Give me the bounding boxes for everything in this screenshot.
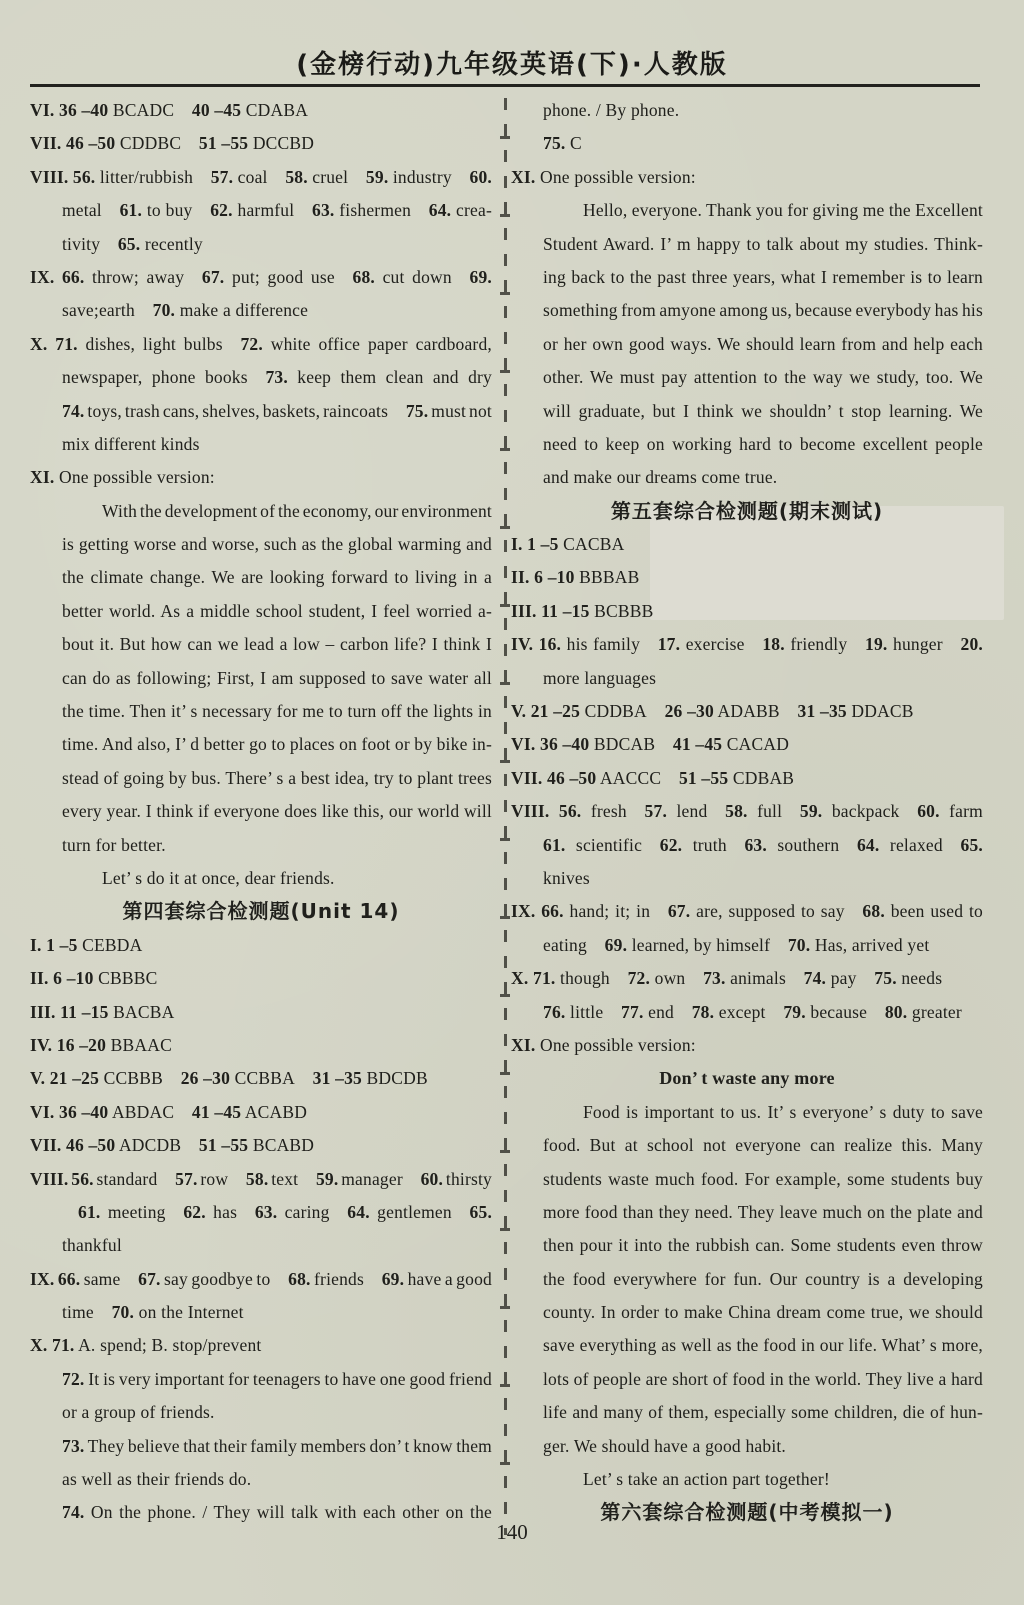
text-line: more languages bbox=[511, 662, 983, 695]
text-line: IV. 16 –20 BBAAC bbox=[30, 1029, 492, 1062]
page-header-title: (金榜行动)九年级英语(下)·人教版 bbox=[0, 44, 1024, 81]
text-line: ing back to the past three years, what I… bbox=[511, 261, 983, 294]
text-line: X. 71. A. spend; B. stop/prevent bbox=[30, 1329, 492, 1362]
text-line: II. 6 –10 CBBBC bbox=[30, 962, 492, 995]
text-line: XI. One possible version: bbox=[511, 1029, 983, 1062]
text-line: XI. One possible version: bbox=[30, 461, 492, 494]
section-heading: Don’ t waste any more bbox=[511, 1062, 983, 1095]
text-line: food. But at school not everyone can rea… bbox=[511, 1129, 983, 1162]
text-line: as well as their friends do. bbox=[30, 1463, 492, 1496]
text-line: XI. One possible version: bbox=[511, 161, 983, 194]
text-line: Student Award. I’ m happy to talk about … bbox=[511, 228, 983, 261]
text-line: 75. C bbox=[511, 127, 983, 160]
text-line: With the development of the economy, our… bbox=[30, 495, 492, 528]
text-line: need to keep on working hard to become e… bbox=[511, 428, 983, 461]
text-line: lots of people are short of food in the … bbox=[511, 1363, 983, 1396]
text-line: IX. 66. same 67. say goodbye to 68. frie… bbox=[30, 1263, 492, 1296]
text-line: the food everywhere for fun. Our country… bbox=[511, 1263, 983, 1296]
text-line: turn for better. bbox=[30, 829, 492, 862]
text-line: then pour it into the rubbish can. Some … bbox=[511, 1229, 983, 1262]
text-line: IV. 16. his family 17. exercise 18. frie… bbox=[511, 628, 983, 661]
text-line: metal 61. to buy 62. harmful 63. fisherm… bbox=[30, 194, 492, 227]
left-column: VI. 36 –40 BCADC 40 –45 CDABAVII. 46 –50… bbox=[30, 94, 492, 1530]
text-line: III. 11 –15 BACBA bbox=[30, 996, 492, 1029]
text-line: VII. 46 –50 ADCDB 51 –55 BCABD bbox=[30, 1129, 492, 1162]
text-line: is getting worse and worse, such as the … bbox=[30, 528, 492, 561]
text-line: I. 1 –5 CACBA bbox=[511, 528, 983, 561]
text-line: V. 21 –25 CDDBA 26 –30 ADABB 31 –35 DDAC… bbox=[511, 695, 983, 728]
text-line: VIII. 56. standard 57. row 58. text 59. … bbox=[30, 1163, 492, 1196]
text-line: 73. They believe that their family membe… bbox=[30, 1430, 492, 1463]
text-line: Food is important to us. It’ s everyone’… bbox=[511, 1096, 983, 1129]
text-line: VIII. 56. fresh 57. lend 58. full 59. ba… bbox=[511, 795, 983, 828]
text-line: stead of going by bus. There’ s a best i… bbox=[30, 762, 492, 795]
text-line: VI. 36 –40 BCADC 40 –45 CDABA bbox=[30, 94, 492, 127]
section-heading: 第五套综合检测题(期末测试) bbox=[511, 495, 983, 528]
text-line: VI. 36 –40 BDCAB 41 –45 CACAD bbox=[511, 728, 983, 761]
text-line: mix different kinds bbox=[30, 428, 492, 461]
text-line: knives bbox=[511, 862, 983, 895]
text-line: VII. 46 –50 CDDBC 51 –55 DCCBD bbox=[30, 127, 492, 160]
text-line: tivity 65. recently bbox=[30, 228, 492, 261]
text-line: bout it. But how can we lead a low – car… bbox=[30, 628, 492, 661]
text-line: Let’ s do it at once, dear friends. bbox=[30, 862, 492, 895]
text-line: other. We must pay attention to the way … bbox=[511, 361, 983, 394]
text-line: can do as following; First, I am suppose… bbox=[30, 662, 492, 695]
text-line: every year. I think if everyone does lik… bbox=[30, 795, 492, 828]
text-line: time. And also, I’ d better go to places… bbox=[30, 728, 492, 761]
text-line: eating 69. learned, by himself 70. Has, … bbox=[511, 929, 983, 962]
right-column: phone. / By phone.75. CXI. One possible … bbox=[511, 94, 983, 1530]
text-line: 76. little 77. end 78. except 79. becaus… bbox=[511, 996, 983, 1029]
text-line: Hello, everyone. Thank you for giving me… bbox=[511, 194, 983, 227]
text-line: save;earth 70. make a difference bbox=[30, 294, 492, 327]
text-line: something from amyone among us, because … bbox=[511, 294, 983, 327]
text-line: time 70. on the Internet bbox=[30, 1296, 492, 1329]
text-line: students waste much food. For example, s… bbox=[511, 1163, 983, 1196]
text-line: the climate change. We are looking forwa… bbox=[30, 561, 492, 594]
text-line: county. In order to make China dream com… bbox=[511, 1296, 983, 1329]
text-line: or a group of friends. bbox=[30, 1396, 492, 1429]
text-line: X. 71. dishes, light bulbs 72. white off… bbox=[30, 328, 492, 361]
section-heading: 第四套综合检测题(Unit 14) bbox=[30, 895, 492, 928]
text-line: II. 6 –10 BBBAB bbox=[511, 561, 983, 594]
text-line: I. 1 –5 CEBDA bbox=[30, 929, 492, 962]
header-rule bbox=[30, 84, 980, 87]
text-line: ger. We should have a good habit. bbox=[511, 1430, 983, 1463]
text-line: thankful bbox=[30, 1229, 492, 1262]
column-divider-dashed-line bbox=[500, 98, 510, 1535]
text-line: newspaper, phone books 73. keep them cle… bbox=[30, 361, 492, 394]
text-line: X. 71. though 72. own 73. animals 74. pa… bbox=[511, 962, 983, 995]
text-line: and make our dreams come true. bbox=[511, 461, 983, 494]
text-line: IX. 66. throw; away 67. put; good use 68… bbox=[30, 261, 492, 294]
text-line: III. 11 –15 BCBBB bbox=[511, 595, 983, 628]
workbook-answer-page: (金榜行动)九年级英语(下)·人教版 VI. 36 –40 BCADC 40 –… bbox=[0, 0, 1024, 1605]
text-line: VII. 46 –50 AACCC 51 –55 CDBAB bbox=[511, 762, 983, 795]
text-line: 74. toys, trash cans, shelves, baskets, … bbox=[30, 395, 492, 428]
page-number: 140 bbox=[0, 1520, 1024, 1545]
text-line: VIII. 56. litter/rubbish 57. coal 58. cr… bbox=[30, 161, 492, 194]
text-line: better world. As a middle school student… bbox=[30, 595, 492, 628]
text-line: 72. It is very important for teenagers t… bbox=[30, 1363, 492, 1396]
text-line: V. 21 –25 CCBBB 26 –30 CCBBA 31 –35 BDCD… bbox=[30, 1062, 492, 1095]
text-line: life and many of them, especially some c… bbox=[511, 1396, 983, 1429]
text-line: IX. 66. hand; it; in 67. are, supposed t… bbox=[511, 895, 983, 928]
text-line: Let’ s take an action part together! bbox=[511, 1463, 983, 1496]
text-line: 61. meeting 62. has 63. caring 64. gentl… bbox=[30, 1196, 492, 1229]
text-line: phone. / By phone. bbox=[511, 94, 983, 127]
text-line: save everything as well as the food in o… bbox=[511, 1329, 983, 1362]
text-line: 61. scientific 62. truth 63. southern 64… bbox=[511, 829, 983, 862]
text-line: or her own good ways. We should learn fr… bbox=[511, 328, 983, 361]
text-line: more food than they need. They leave muc… bbox=[511, 1196, 983, 1229]
text-line: the time. Then it’ s necessary for me to… bbox=[30, 695, 492, 728]
text-line: VI. 36 –40 ABDAC 41 –45 ACABD bbox=[30, 1096, 492, 1129]
text-line: will graduate, but I think we shouldn’ t… bbox=[511, 395, 983, 428]
